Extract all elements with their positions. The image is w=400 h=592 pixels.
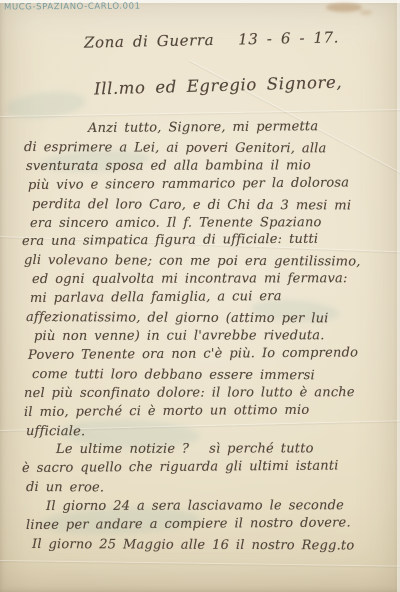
archive-label: MUCG-SPAZIANO-CARLO.001 <box>4 2 141 13</box>
letter-line: è sacro quello che riguarda gli ultimi i… <box>22 457 392 479</box>
letter-line: Anzi tutto, Signore, mi permetta <box>88 118 392 139</box>
letter-line: perdita del loro Caro, e di Chi da 3 mes… <box>32 196 392 216</box>
letter-line: Il giorno 25 Maggio alle 16 il nostro Re… <box>32 536 392 556</box>
letter-line: il mio, perché ci è morto un ottimo mio <box>24 401 392 423</box>
letter-line: linee per andare a compiere il nostro do… <box>26 514 392 536</box>
paper-crease <box>0 560 400 567</box>
letter-scan-page: MUCG-SPAZIANO-CARLO.001 Zona di Guerra 1… <box>0 0 400 592</box>
paper-stain <box>360 10 372 15</box>
letter-body: Anzi tutto, Signore, mi permetta di espr… <box>16 120 392 555</box>
letter-line: come tutti loro debbano essere immersi <box>32 366 392 386</box>
paper-stain <box>326 3 362 12</box>
letter-line: più vivo e sincero rammarico per la dolo… <box>28 174 392 196</box>
letter-line: Povero Tenente ora non c'è più. Io compr… <box>28 344 392 366</box>
salutation: Ill.mo ed Egregio Signore, <box>94 73 343 99</box>
ink-showthrough-smudge <box>5 88 87 122</box>
letter-line: era una simpatica figura di ufficiale: t… <box>22 231 392 253</box>
dateline: Zona di Guerra 13 - 6 - 17. <box>84 28 339 51</box>
letter-line: mi parlava della famiglia, a cui era <box>30 287 392 309</box>
